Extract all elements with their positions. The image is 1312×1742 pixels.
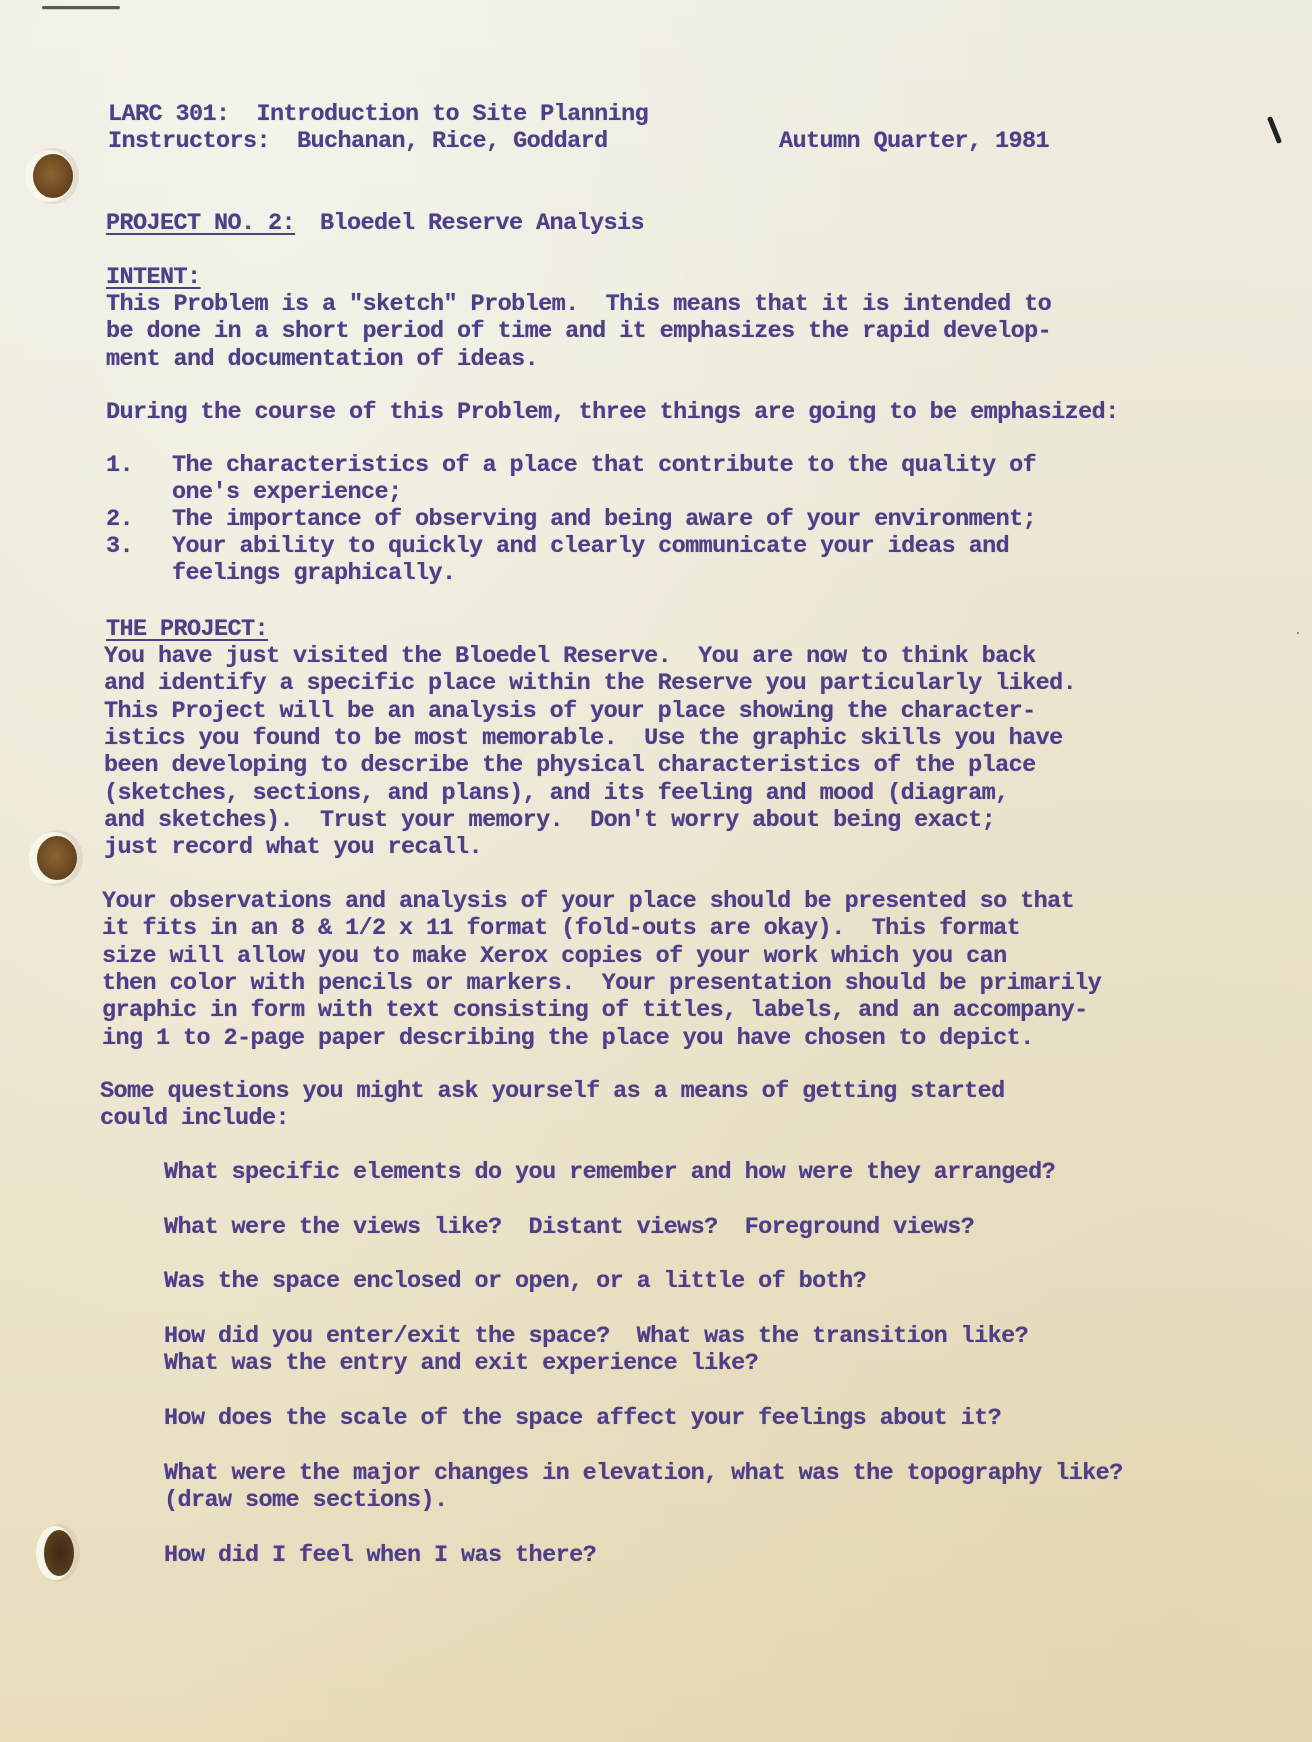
speck [1297, 632, 1299, 634]
project-line: istics you found to be most memorable. U… [104, 725, 1063, 753]
format-line: size will allow you to make Xerox copies… [102, 943, 1007, 971]
project-line: been developing to describe the physical… [104, 752, 1036, 780]
project-line: just record what you recall. [104, 834, 482, 862]
document-page: LARC 301: Introduction to Site Planning … [0, 0, 1312, 1742]
question-line: How does the scale of the space affect y… [164, 1405, 1001, 1433]
questions-intro-line: could include: [100, 1105, 289, 1133]
format-line: ing 1 to 2-page paper describing the pla… [102, 1025, 1034, 1053]
project-line: This Project will be an analysis of your… [104, 698, 1036, 726]
punch-hole-middle [37, 836, 77, 880]
project-label: PROJECT NO. 2: [106, 210, 295, 238]
punch-hole-bottom [44, 1530, 74, 1576]
staple [42, 6, 120, 9]
project-line: You have just visited the Bloedel Reserv… [104, 643, 1036, 671]
project-line: (sketches, sections, and plans), and its… [104, 780, 1009, 808]
intent-line: This Problem is a "sketch" Problem. This… [106, 291, 1051, 319]
project-heading: THE PROJECT: [106, 616, 268, 644]
list-item-text: The importance of observing and being aw… [172, 506, 1036, 534]
format-line: it fits in an 8 & 1/2 x 11 format (fold-… [102, 915, 1020, 943]
questions-intro-line: Some questions you might ask yourself as… [100, 1078, 1005, 1106]
format-line: Your observations and analysis of your p… [102, 888, 1074, 916]
list-item-text: feelings graphically. [172, 560, 456, 588]
question-line: Was the space enclosed or open, or a lit… [164, 1268, 866, 1296]
instructors: Instructors: Buchanan, Rice, Goddard [108, 128, 608, 156]
project-title: Bloedel Reserve Analysis [320, 210, 644, 238]
course-title: LARC 301: Introduction to Site Planning [108, 101, 648, 129]
format-line: then color with pencils or markers. Your… [102, 970, 1101, 998]
list-number: 3. [106, 533, 133, 561]
intent-heading: INTENT: [106, 264, 201, 292]
pen-mark [1267, 116, 1282, 144]
list-number: 2. [106, 506, 133, 534]
question-line: What was the entry and exit experience l… [164, 1350, 758, 1378]
list-number: 1. [106, 452, 133, 480]
project-line: and sketches). Trust your memory. Don't … [104, 807, 995, 835]
format-line: graphic in form with text consisting of … [102, 997, 1088, 1025]
emphasis-intro: During the course of this Problem, three… [106, 399, 1119, 427]
intent-line: be done in a short period of time and it… [106, 318, 1051, 346]
question-line: What specific elements do you remember a… [164, 1159, 1055, 1187]
question-line: How did I feel when I was there? [164, 1542, 596, 1570]
list-item-text: The characteristics of a place that cont… [172, 452, 1036, 480]
question-line: What were the views like? Distant views?… [164, 1214, 974, 1242]
question-line: What were the major changes in elevation… [164, 1460, 1123, 1488]
term: Autumn Quarter, 1981 [779, 128, 1049, 156]
list-item-text: Your ability to quickly and clearly comm… [172, 533, 1009, 561]
project-line: and identify a specific place within the… [104, 670, 1076, 698]
question-line: (draw some sections). [164, 1487, 448, 1515]
punch-hole-top [33, 154, 73, 198]
question-line: How did you enter/exit the space? What w… [164, 1323, 1028, 1351]
list-item-text: one's experience; [172, 479, 402, 507]
intent-line: ment and documentation of ideas. [106, 346, 538, 374]
